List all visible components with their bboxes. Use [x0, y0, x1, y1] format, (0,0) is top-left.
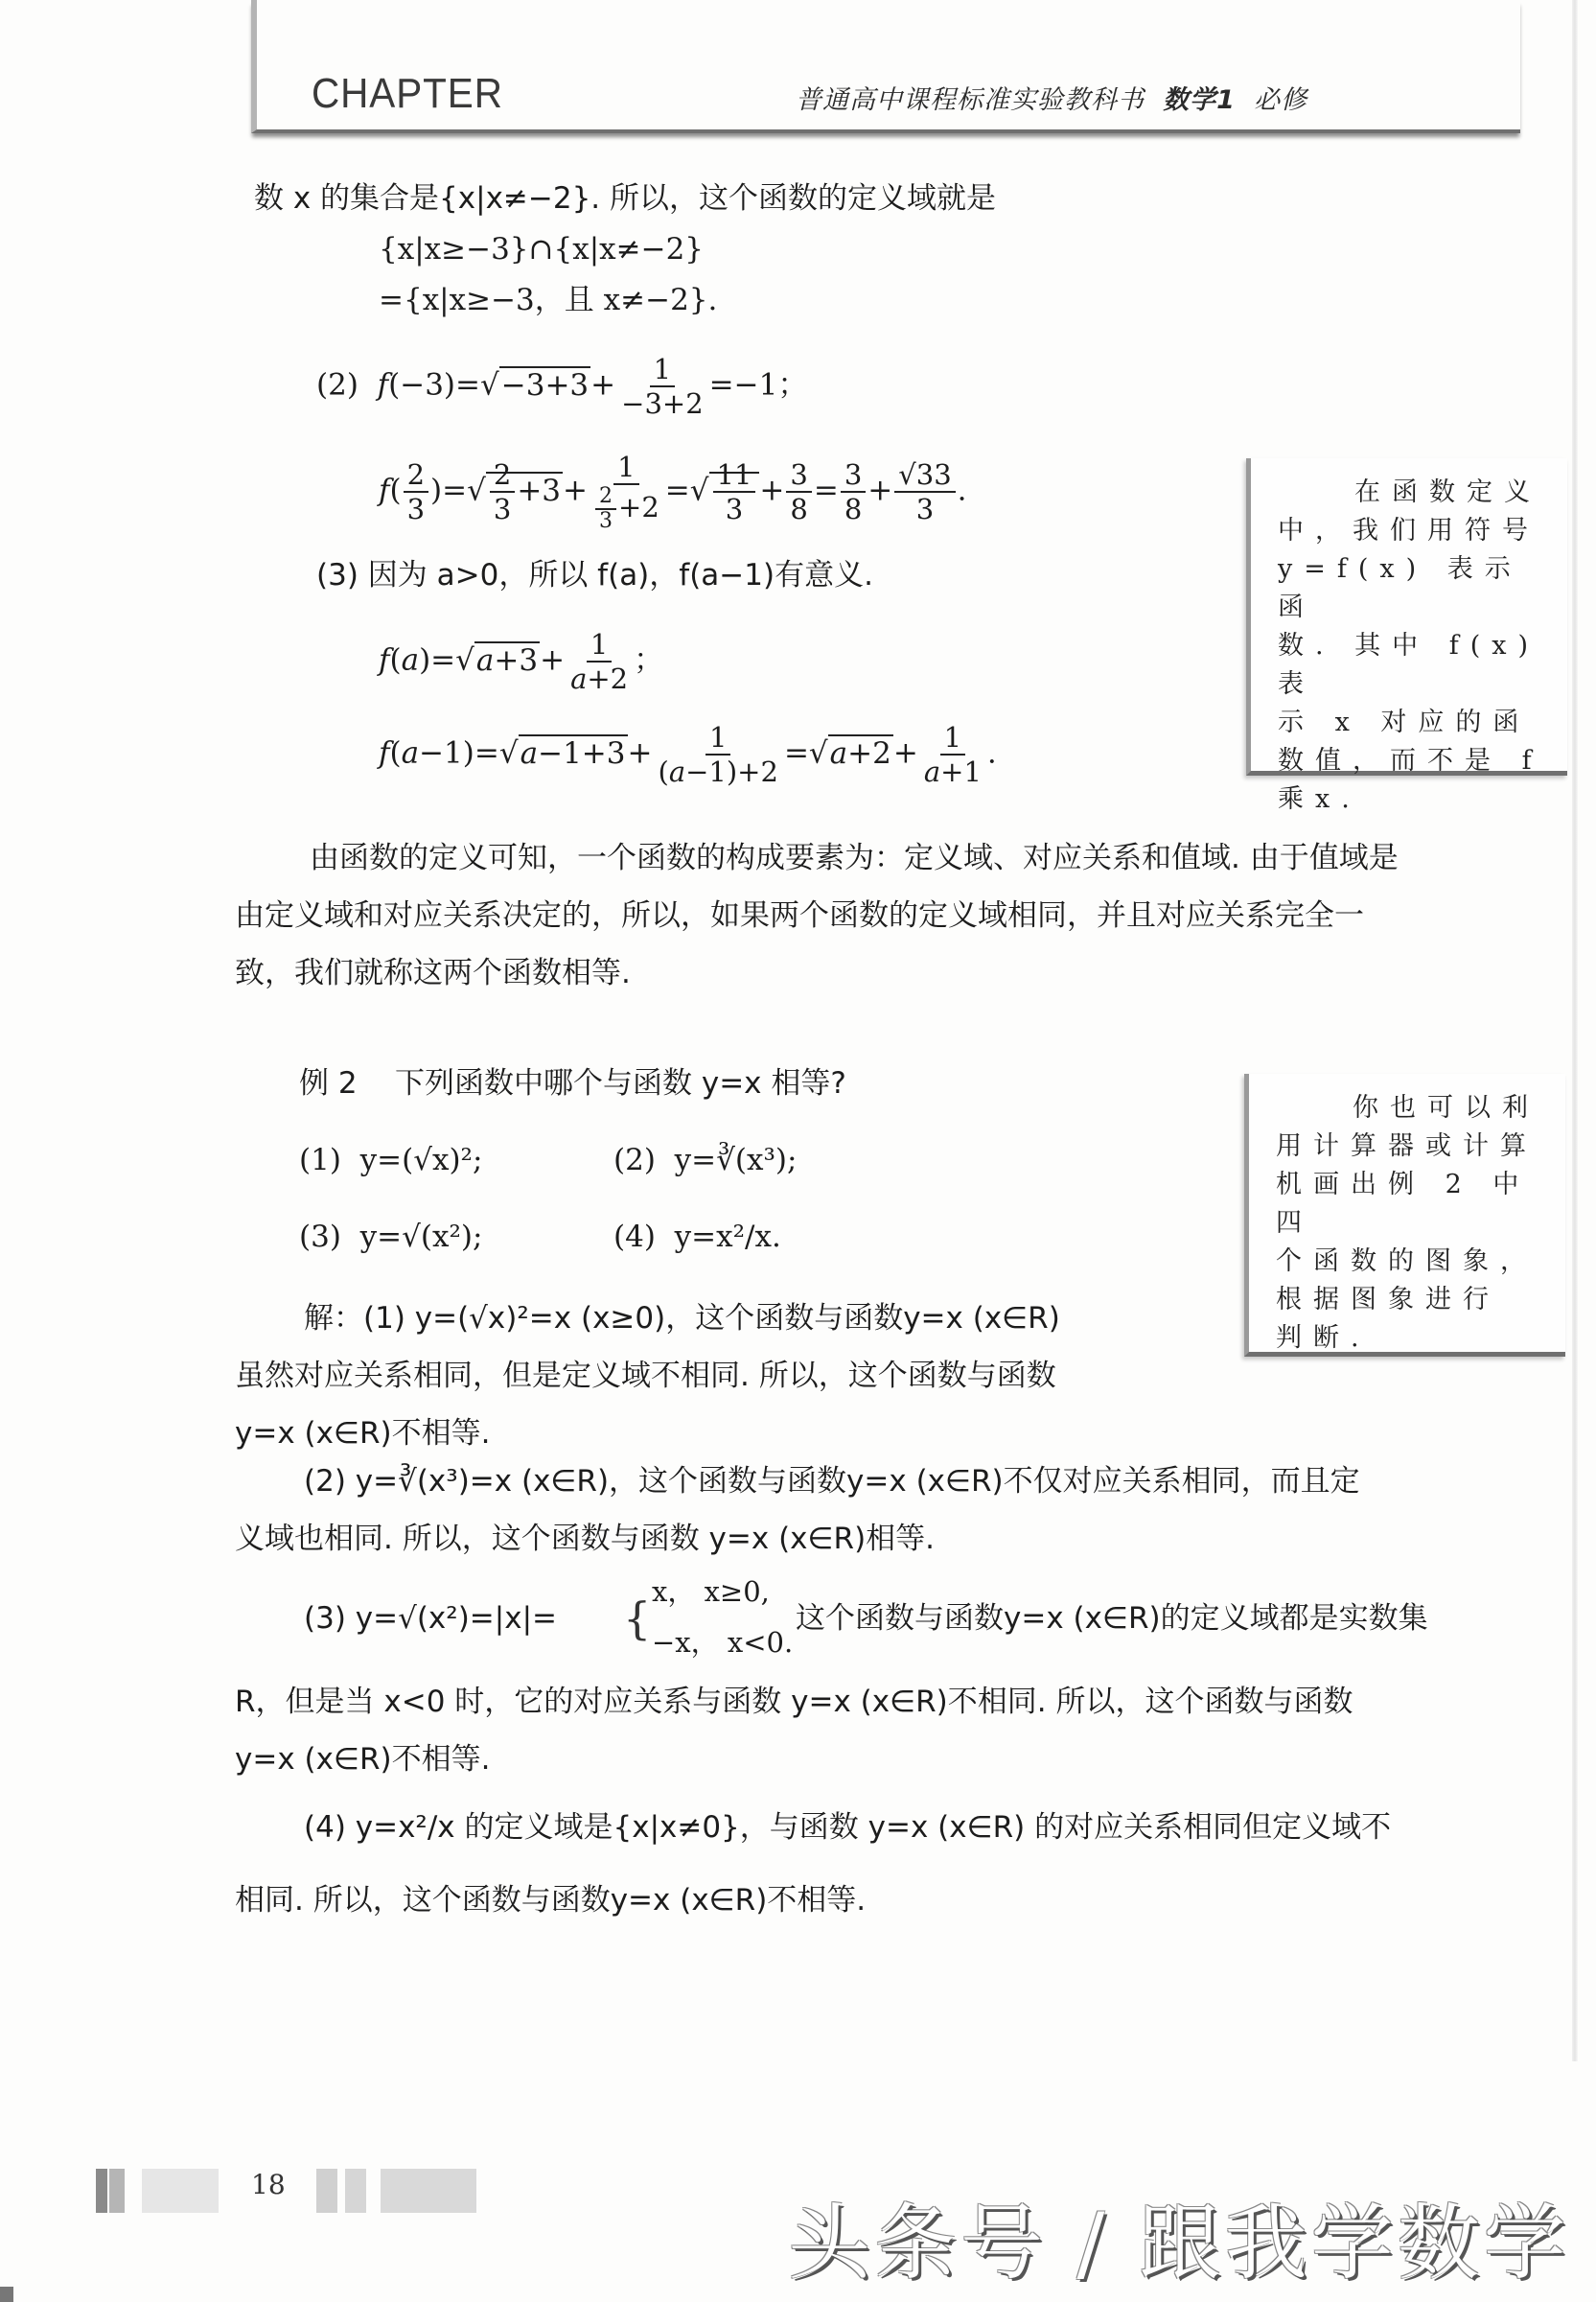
domain-intro: 数 x 的集合是{x|x≠−2}. 所以，这个函数的定义域就是 [254, 179, 996, 218]
paragraph-line: 由函数的定义可知，一个函数的构成要素为：定义域、对应关系和值域. 由于值域是 [235, 829, 1548, 887]
sol3-tail: 这个函数与函数y=x (x∈R)的定义域都是实数集 [796, 1599, 1428, 1638]
part3-intro: (3) 因为 a>0，所以 f(a)，f(a−1)有意义. [316, 556, 873, 594]
example2-label: 例 2 [299, 1066, 358, 1101]
option-expr: y=(√x)²; [360, 1143, 483, 1177]
part2-line2: f(23)=√23+3+123+2=√113+38=38+√333. [379, 451, 967, 533]
solution-line: R，但是当 x<0 时，它的对应关系与函数 y=x (x∈R)不相同. 所以，这… [235, 1673, 1548, 1731]
paragraph-line: 致，我们就称这两个函数相等. [235, 944, 1548, 1002]
solution-line: (4) y=x²/x 的定义域是{x|x≠0}，与函数 y=x (x∈R) 的对… [235, 1791, 1548, 1864]
solution-part-2: (2) y=∛(x³)=x (x∈R)，这个函数与函数y=x (x∈R)不仅对应… [235, 1453, 1548, 1568]
brace-icon: { [623, 1570, 651, 1666]
page-number: 18 [251, 2169, 286, 2200]
part2-line1: (2) f(−3)=√−3+3+1−3+2=−1； [316, 353, 807, 420]
option-expr: y=x²/x. [675, 1220, 781, 1254]
solution-line: 虽然对应关系相同，但是定义域不相同. 所以，这个函数与函数 [235, 1347, 1232, 1405]
sol3-case-1: x， x≥0, [652, 1572, 770, 1611]
option-label: (3) [299, 1220, 341, 1254]
solution-line: 解：(1) y=(√x)²=x (x≥0)，这个函数与函数y=x (x∈R) [235, 1290, 1232, 1347]
note2-line: 判断. [1276, 1319, 1554, 1358]
solution-line: 义域也相同. 所以，这个函数与函数 y=x (x∈R)相等. [235, 1510, 1548, 1568]
note2-line: 你也可以利 [1276, 1089, 1554, 1128]
book-volume: 必修 [1254, 85, 1307, 115]
option-expr: y=∛(x³); [675, 1143, 798, 1177]
book-title: 普通高中课程标准实验教科书 数学1 必修 [796, 79, 1307, 116]
solution-line: y=x (x∈R)不相等. [235, 1731, 1548, 1788]
note1-line: 中，我们用符号 [1278, 512, 1556, 550]
part2-label: (2) [316, 368, 359, 403]
solution-part-4: (4) y=x²/x 的定义域是{x|x≠0}，与函数 y=x (x∈R) 的对… [235, 1791, 1548, 1937]
example2-question: 下列函数中哪个与函数 y=x 相等? [395, 1066, 846, 1101]
note1-line: 数. 其中 f(x)表 [1278, 627, 1556, 704]
watermark: 头条号 / 跟我学数学 [788, 2176, 1570, 2295]
side-note-function-notation: 在函数定义 中，我们用符号 y=f(x) 表示函 数. 其中 f(x)表 示 x… [1246, 458, 1567, 776]
side-note-graph-tip: 你也可以利 用计算器或计算 机画出例 2 中四 个函数的图象， 根据图象进行 判… [1244, 1074, 1565, 1357]
note2-line: 个函数的图象， [1276, 1243, 1554, 1281]
example2-option-3: (3) y=√(x²); [299, 1218, 482, 1256]
note2-line: 用计算器或计算 [1276, 1128, 1554, 1166]
paragraph-line: 由定义域和对应关系决定的，所以，如果两个函数的定义域相同，并且对应关系完全一 [235, 887, 1548, 944]
part3-line1: f(a)=√a+3+1a+2； [379, 628, 663, 695]
sol3-lead: (3) y=√(x²)=|x|= [304, 1601, 557, 1636]
sol3-case-2: −x， x<0. [652, 1623, 793, 1662]
domain-step-2: ={x|x≥−3，且 x≠−2}. [379, 281, 717, 319]
example2-option-2: (2) y=∛(x³); [613, 1141, 797, 1179]
note2-line: 机画出例 2 中四 [1276, 1166, 1554, 1243]
note1-line: 在函数定义 [1278, 474, 1556, 512]
note1-line: 数值，而不是 f [1278, 742, 1556, 780]
example2-option-4: (4) y=x²/x. [613, 1218, 781, 1256]
option-label: (4) [613, 1220, 656, 1254]
book-subject: 数学1 [1163, 85, 1236, 115]
option-label: (2) [613, 1143, 656, 1177]
solution-part-3: R，但是当 x<0 时，它的对应关系与函数 y=x (x∈R)不相同. 所以，这… [235, 1673, 1548, 1788]
example2-heading: 例 2 下列函数中哪个与函数 y=x 相等? [299, 1064, 846, 1103]
note2-line: 根据图象进行 [1276, 1281, 1554, 1319]
solution-line: 相同. 所以，这个函数与函数y=x (x∈R)不相等. [235, 1864, 1548, 1937]
corner-mark [0, 2287, 13, 2302]
solution-part-3-lead: (3) y=√(x²)=|x|= [304, 1599, 557, 1638]
part3-line2: f(a−1)=√a−1+3+1(a−1)+2=√a+2+1a+1. [379, 721, 997, 788]
solution-part-1: 解：(1) y=(√x)²=x (x≥0)，这个函数与函数y=x (x∈R) 虽… [235, 1290, 1232, 1462]
option-label: (1) [299, 1143, 341, 1177]
definition-paragraph: 由函数的定义可知，一个函数的构成要素为：定义域、对应关系和值域. 由于值域是 由… [235, 829, 1548, 1002]
part3-intro-text: 因为 a>0，所以 f(a)，f(a−1)有意义. [368, 558, 873, 593]
domain-step-1: {x|x≥−3}∩{x|x≠−2} [379, 230, 704, 268]
note1-line: y=f(x) 表示函 [1278, 550, 1556, 627]
book-series: 普通高中课程标准实验教科书 [796, 85, 1145, 115]
chapter-label: CHAPTER [312, 70, 503, 118]
solution-line: (2) y=∛(x³)=x (x∈R)，这个函数与函数y=x (x∈R)不仅对应… [235, 1453, 1548, 1510]
note1-line: 示 x 对应的函 [1278, 704, 1556, 742]
option-expr: y=√(x²); [360, 1220, 483, 1254]
part3-label: (3) [316, 558, 359, 593]
note1-line: 乘x. [1278, 780, 1556, 819]
example2-option-1: (1) y=(√x)²; [299, 1141, 482, 1179]
page-edge-shadow [1572, 0, 1578, 2061]
